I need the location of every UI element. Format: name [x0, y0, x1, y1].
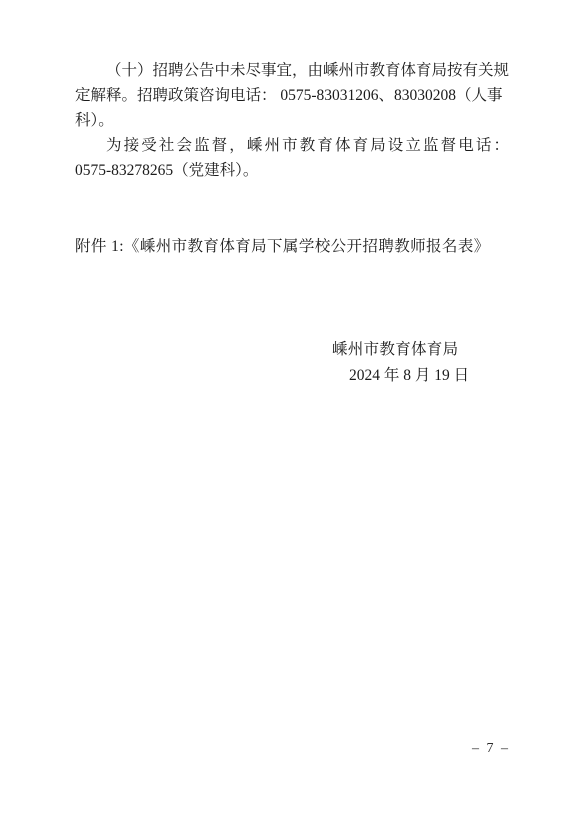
signature-date: 2024 年 8 月 19 日 — [349, 363, 469, 388]
text-line: 为接受社会监督，嵊州市教育体育局设立监督电话： — [75, 133, 509, 158]
text-line: （十）招聘公告中未尽事宜，由嵊州市教育体育局按有关规 — [75, 58, 509, 83]
paragraph-supervision: 为接受社会监督，嵊州市教育体育局设立监督电话： 0575-83278265（党建… — [75, 133, 509, 183]
page-number: – 7 – — [472, 741, 510, 757]
document-body: （十）招聘公告中未尽事宜，由嵊州市教育体育局按有关规 定解释。招聘政策咨询电话：… — [75, 58, 509, 259]
text-line: 科）。 — [75, 108, 509, 133]
attachment-reference: 附件 1:《嵊州市教育体育局下属学校公开招聘教师报名表》 — [75, 234, 509, 259]
paragraph-clause-ten: （十）招聘公告中未尽事宜，由嵊州市教育体育局按有关规 定解释。招聘政策咨询电话：… — [75, 58, 509, 133]
document-page: （十）招聘公告中未尽事宜，由嵊州市教育体育局按有关规 定解释。招聘政策咨询电话：… — [0, 0, 582, 823]
text-line: 定解释。招聘政策咨询电话： 0575-83031206、83030208（人事 — [75, 83, 509, 108]
signature-issuer: 嵊州市教育体育局 — [332, 337, 458, 362]
text-line: 0575-83278265（党建科）。 — [75, 158, 509, 183]
